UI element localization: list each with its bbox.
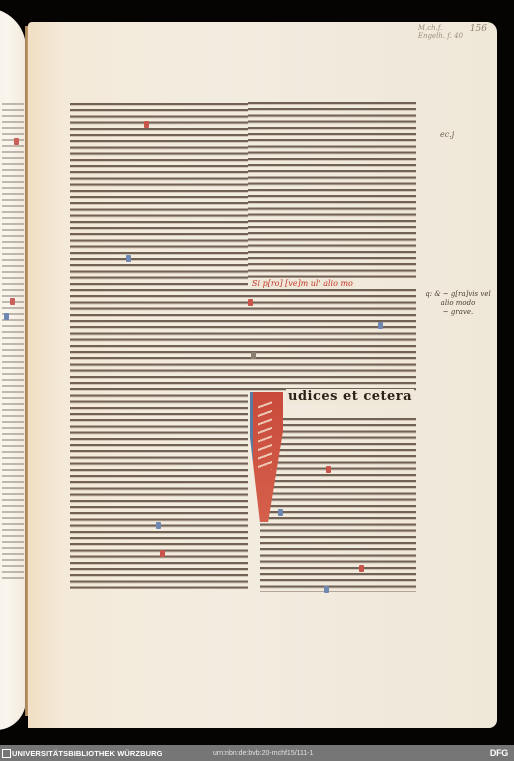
shelfmark-note: M.ch.f. Engelh. f. 40 <box>418 24 463 40</box>
manuscript-page[interactable]: M.ch.f. Engelh. f. 40 156 Si p[ro] [ve]m… <box>28 22 497 728</box>
rubric-mark <box>10 298 15 305</box>
paragraph-mark-icon <box>324 586 329 593</box>
rubric-mark <box>4 313 9 320</box>
paragraph-mark-icon <box>278 509 283 516</box>
text-column-right-bottom <box>260 418 416 592</box>
folio-number: 156 <box>470 24 487 34</box>
paragraph-mark-icon <box>359 565 364 572</box>
text-column-left <box>70 103 248 589</box>
text-column-right-middle <box>248 289 416 391</box>
left-page-text <box>2 103 24 583</box>
rubric-heading: Si p[ro] [ve]m ul' alio mo <box>250 279 355 288</box>
marginal-note: q: & ~ g[ra]vis vel alio modo ~ grave. <box>419 290 497 317</box>
dfg-logo[interactable]: DFG <box>490 748 508 758</box>
paragraph-mark-icon <box>248 299 253 306</box>
library-logo-icon <box>2 749 11 758</box>
marginal-note-line: ~ grave. <box>419 308 497 317</box>
paragraph-mark-icon <box>144 121 149 128</box>
paragraph-mark-icon <box>251 352 256 359</box>
paragraph-mark-icon <box>160 550 165 557</box>
paragraph-mark-icon <box>378 322 383 329</box>
initial-ornament-icon <box>258 400 272 470</box>
left-facing-page <box>0 8 26 730</box>
urn-identifier: urn:nbn:de:bvb:20-mchf15/111-1 <box>213 750 314 757</box>
shelfmark-line: Engelh. f. 40 <box>418 32 463 40</box>
shelfmark-line: M.ch.f. <box>418 24 463 32</box>
paragraph-mark-icon <box>126 255 131 262</box>
marginal-note-line: q: & ~ g[ra]vis vel alio modo <box>419 290 497 308</box>
paragraph-mark-icon <box>156 522 161 529</box>
manuscript-viewer[interactable]: M.ch.f. Engelh. f. 40 156 Si p[ro] [ve]m… <box>0 0 514 745</box>
marginal-scribble: ec.j <box>440 130 454 139</box>
section-heading: udices et cetera <box>286 389 414 404</box>
library-name: UNIVERSITÄTSBIBLIOTHEK WÜRZBURG <box>12 749 163 758</box>
text-column-right-top <box>248 102 416 278</box>
paragraph-mark-icon <box>326 466 331 473</box>
footer-bar: UNIVERSITÄTSBIBLIOTHEK WÜRZBURG urn:nbn:… <box>0 745 514 761</box>
rubric-mark <box>14 138 19 145</box>
library-logo[interactable]: UNIVERSITÄTSBIBLIOTHEK WÜRZBURG <box>2 749 163 758</box>
